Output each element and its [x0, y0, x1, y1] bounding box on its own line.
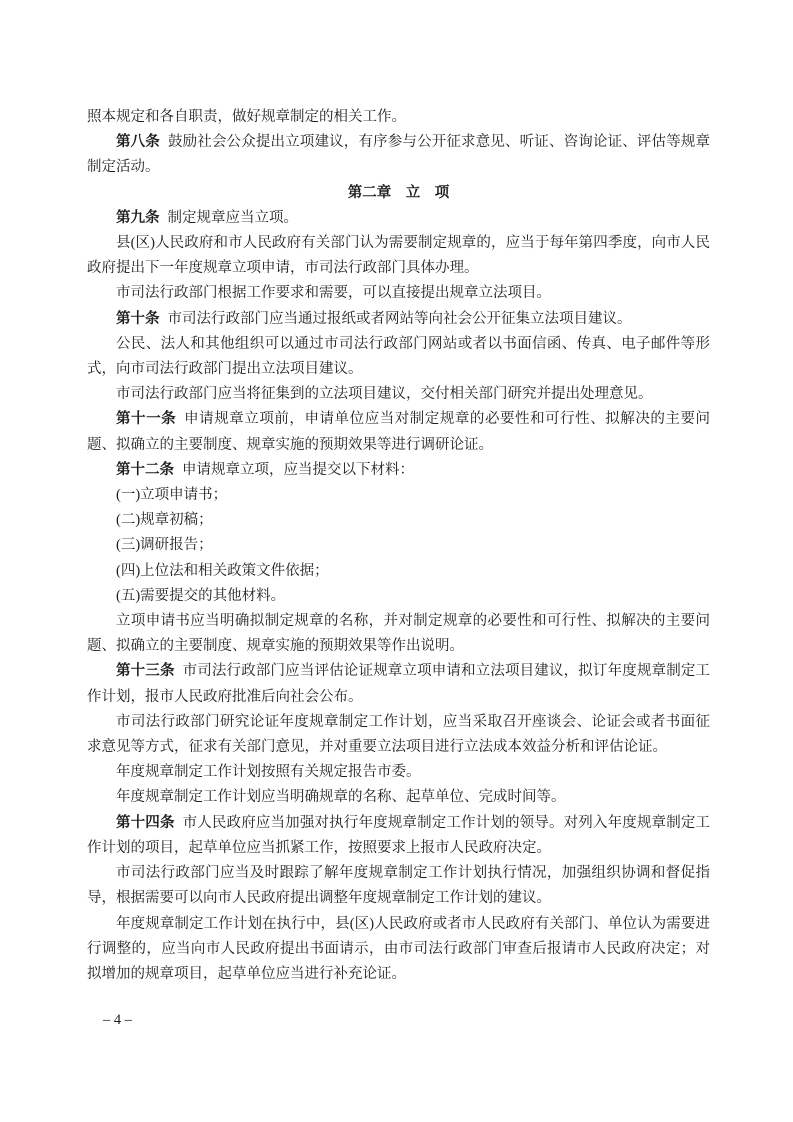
paragraph: 年度规章制定工作计划应当明确规章的名称、起草单位、完成时间等。	[87, 785, 710, 810]
paragraph: 县(区)人民政府和市人民政府有关部门认为需要制定规章的，应当于每年第四季度，向市…	[87, 231, 710, 281]
paragraph: 立项申请书应当明确拟制定规章的名称，并对制定规章的必要性和可行性、拟解决的主要问…	[87, 609, 710, 659]
article-number: 第十条	[116, 311, 160, 327]
article-number: 第十一条	[116, 411, 176, 427]
article-number: 第十四条	[116, 815, 175, 831]
paragraph: 第十条市司法行政部门应当通过报纸或者网站等向社会公开征集立法项目建议。	[87, 307, 710, 332]
paragraph: 年度规章制定工作计划按照有关规定报告市委。	[87, 760, 710, 785]
article-number: 第十三条	[116, 663, 175, 679]
paragraph: (一)立项申请书；	[87, 483, 710, 508]
paragraph-text: 申请规章立项前，申请单位应当对制定规章的必要性和可行性、拟解决的主要问题、拟确立…	[87, 411, 710, 452]
paragraph: 第十一条申请规章立项前，申请单位应当对制定规章的必要性和可行性、拟解决的主要问题…	[87, 407, 710, 457]
paragraph-text: 市司法行政部门应当通过报纸或者网站等向社会公开征集立法项目建议。	[167, 311, 631, 327]
paragraph-text: 市人民政府应当加强对执行年度规章制定工作计划的领导。对列入年度规章制定工作计划的…	[87, 815, 710, 856]
paragraph: 照本规定和各自职责，做好规章制定的相关工作。	[87, 105, 710, 130]
document-body: 照本规定和各自职责，做好规章制定的相关工作。第八条鼓励社会公众提出立项建议，有序…	[87, 105, 710, 987]
paragraph: (二)规章初稿；	[87, 508, 710, 533]
paragraph: 市司法行政部门根据工作要求和需要，可以直接提出规章立法项目。	[87, 281, 710, 306]
paragraph-text: 市司法行政部门应当评估论证规章立项申请和立法项目建议，拟订年度规章制定工作计划，…	[87, 663, 710, 704]
paragraph: 市司法行政部门应当将征集到的立法项目建议，交付相关部门研究并提出处理意见。	[87, 382, 710, 407]
paragraph-text: 申请规章立项，应当提交以下材料：	[182, 462, 414, 478]
paragraph: 第九条制定规章应当立项。	[87, 206, 710, 231]
paragraph-text: 制定规章应当立项。	[167, 210, 298, 226]
paragraph: 年度规章制定工作计划在执行中，县(区)人民政府或者市人民政府有关部门、单位认为需…	[87, 912, 710, 988]
paragraph-text: 鼓励社会公众提出立项建议，有序参与公开征求意见、听证、咨询论证、评估等规章制定活…	[87, 134, 710, 175]
paragraph: 第十二条申请规章立项，应当提交以下材料：	[87, 458, 710, 483]
article-number: 第八条	[116, 134, 160, 150]
paragraph: 公民、法人和其他组织可以通过市司法行政部门网站或者以书面信函、传真、电子邮件等形…	[87, 332, 710, 382]
chapter-heading: 第二章 立 项	[87, 181, 710, 206]
paragraph: (三)调研报告；	[87, 533, 710, 558]
paragraph: 市司法行政部门应当及时跟踪了解年度规章制定工作计划执行情况，加强组织协调和督促指…	[87, 861, 710, 911]
paragraph: (五)需要提交的其他材料。	[87, 584, 710, 609]
article-number: 第十二条	[116, 462, 174, 478]
paragraph: 第十三条市司法行政部门应当评估论证规章立项申请和立法项目建议，拟订年度规章制定工…	[87, 659, 710, 709]
page-number: – 4 –	[103, 1008, 132, 1032]
paragraph: 市司法行政部门研究论证年度规章制定工作计划，应当采取召开座谈会、论证会或者书面征…	[87, 710, 710, 760]
paragraph: 第十四条市人民政府应当加强对执行年度规章制定工作计划的领导。对列入年度规章制定工…	[87, 811, 710, 861]
paragraph: 第八条鼓励社会公众提出立项建议，有序参与公开征求意见、听证、咨询论证、评估等规章…	[87, 130, 710, 180]
paragraph: (四)上位法和相关政策文件依据；	[87, 559, 710, 584]
article-number: 第九条	[116, 210, 160, 226]
